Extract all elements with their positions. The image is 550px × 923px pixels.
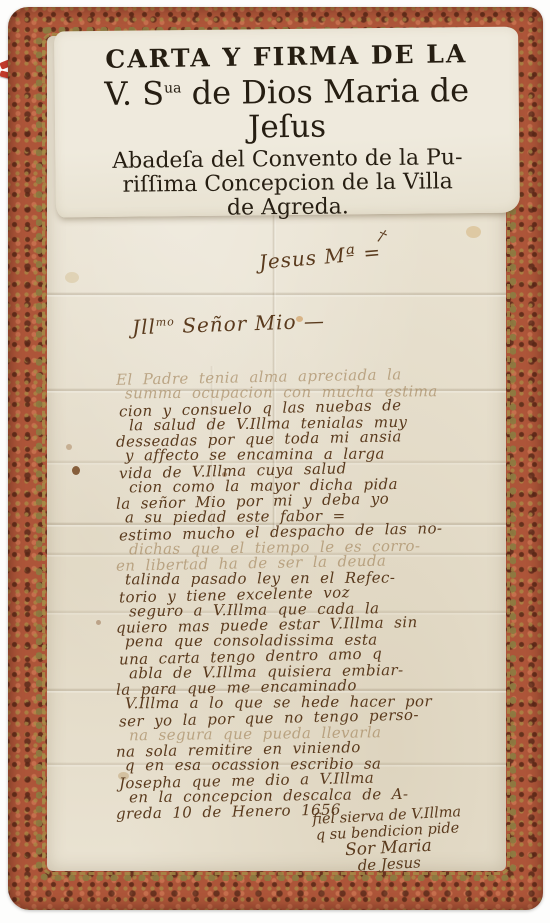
letter-body: El Padre tenia alma apreciada la summa o… — [114, 369, 512, 819]
closing-and-signature: fiel sierva de V.Illma q su bendicion pi… — [281, 803, 494, 878]
salutation-superscript: mo — [155, 315, 175, 329]
title-label: CARTA Y FIRMA DE LA V. Sua de Dios Maria… — [54, 27, 520, 218]
title-line-1: CARTA Y FIRMA DE LA — [54, 38, 518, 74]
title-line-2: V. Sua de Dios Maria de — [54, 71, 518, 114]
fold-crease — [47, 292, 506, 297]
stain — [65, 272, 79, 283]
stain — [96, 620, 101, 625]
salutation-text: Jll — [132, 315, 157, 340]
title-line-2-rest: de Dios Maria de — [181, 71, 469, 112]
manuscript-photograph: CARTA Y FIRMA DE LA V. Sua de Dios Maria… — [0, 0, 550, 923]
title-line-2-superscript: ua — [164, 80, 182, 96]
title-line-2-text: V. S — [104, 74, 164, 113]
stain — [72, 466, 80, 475]
stain — [466, 226, 481, 238]
stain — [66, 444, 72, 450]
title-line-5: riſſima Concepcion de la Villa — [56, 169, 520, 199]
